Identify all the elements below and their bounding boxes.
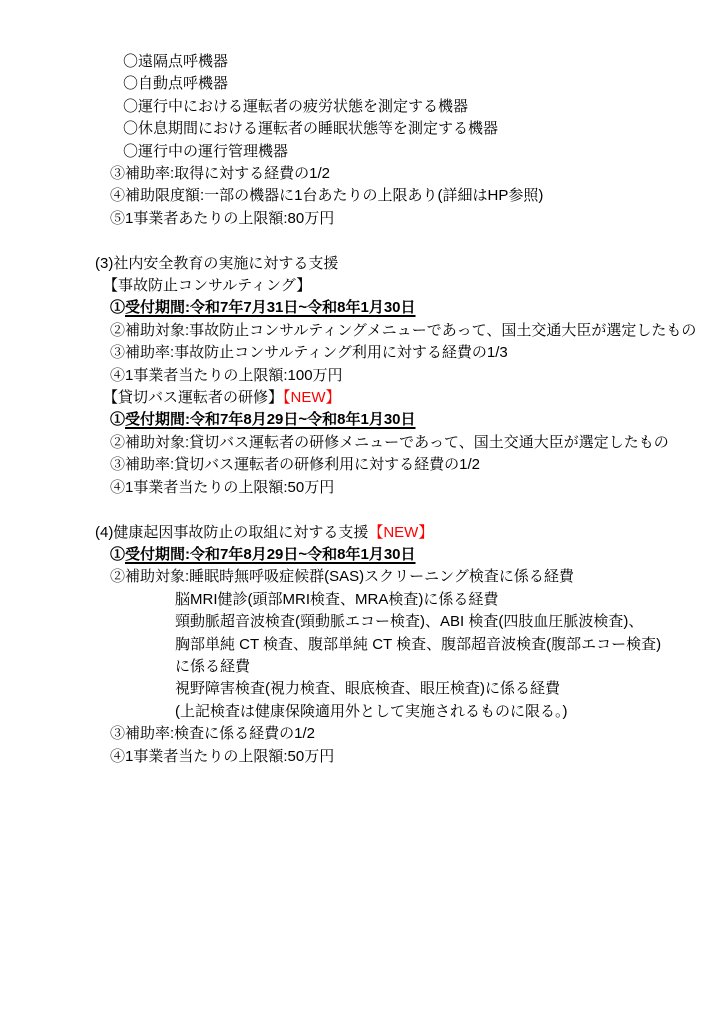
document-line: 〇運行中における運転者の疲労状態を測定する機器: [0, 96, 724, 118]
text-segment: 〇休息期間における運転者の睡眠状態等を測定する機器: [123, 120, 498, 137]
text-segment: 受付期間:令和7年8月29日~令和8年1月30日: [125, 411, 416, 428]
text-segment: 〇遠隔点呼機器: [123, 53, 228, 70]
text-segment: ③補助率:取得に対する経費の1/2: [110, 165, 330, 182]
text-segment: ①: [110, 411, 125, 428]
document-line: 〇自動点呼機器: [0, 73, 724, 95]
document-line: 視野障害検査(視力検査、眼底検査、眼圧検査)に係る経費: [0, 678, 724, 700]
text-segment: (上記検査は健康保険適用外として実施されるものに限る。): [175, 703, 568, 720]
document-line: 脳MRI健診(頭部MRI検査、MRA検査)に係る経費: [0, 589, 724, 611]
text-segment: ③補助率:検査に係る経費の1/2: [110, 725, 315, 742]
document-line: ①受付期間:令和7年7月31日~令和8年1月30日: [0, 297, 724, 319]
text-segment: (3)社内安全教育の実施に対する支援: [95, 255, 338, 272]
document-line: 〇休息期間における運転者の睡眠状態等を測定する機器: [0, 118, 724, 140]
document-line: ③補助率:事故防止コンサルティング利用に対する経費の1/3: [0, 342, 724, 364]
text-segment: ②補助対象:貸切バス運転者の研修メニューであって、国土交通大臣が選定したもの: [110, 434, 669, 451]
text-segment: ①: [110, 546, 125, 563]
document-line: ②補助対象:事故防止コンサルティングメニューであって、国土交通大臣が選定したもの: [0, 320, 724, 342]
text-segment: 脳MRI健診(頭部MRI検査、MRA検査)に係る経費: [175, 591, 498, 608]
text-segment: ①: [110, 299, 125, 316]
document-line: 胸部単純 CT 検査、腹部単純 CT 検査、腹部超音波検査(腹部エコー検査): [0, 634, 724, 656]
document-line: ④1事業者当たりの上限額:50万円: [0, 477, 724, 499]
text-segment: ②補助対象:事故防止コンサルティングメニューであって、国土交通大臣が選定したもの: [110, 322, 696, 339]
text-segment: ④1事業者当たりの上限額:50万円: [110, 479, 334, 496]
text-segment: 【事故防止コンサルティング】: [103, 277, 311, 294]
document-line: ②補助対象:睡眠時無呼吸症候群(SAS)スクリーニング検査に係る経費: [0, 566, 724, 588]
text-segment: 視野障害検査(視力検査、眼底検査、眼圧検査)に係る経費: [175, 680, 560, 697]
document-line: ①受付期間:令和7年8月29日~令和8年1月30日: [0, 544, 724, 566]
document-line: ③補助率:検査に係る経費の1/2: [0, 723, 724, 745]
text-segment: 【NEW】: [368, 524, 433, 541]
text-segment: ⑤1事業者あたりの上限額:80万円: [110, 210, 334, 227]
document-line: ③補助率:貸切バス運転者の研修利用に対する経費の1/2: [0, 454, 724, 476]
text-segment: ④1事業者当たりの上限額:100万円: [110, 367, 343, 384]
text-segment: 受付期間:令和7年7月31日~令和8年1月30日: [125, 299, 416, 316]
text-segment: 〇自動点呼機器: [123, 75, 228, 92]
text-segment: ④補助限度額:一部の機器に1台あたりの上限あり(詳細はHP参照): [110, 187, 543, 204]
document-line: ②補助対象:貸切バス運転者の研修メニューであって、国土交通大臣が選定したもの: [0, 432, 724, 454]
document-page: 〇遠隔点呼機器〇自動点呼機器〇運行中における運転者の疲労状態を測定する機器〇休息…: [0, 0, 724, 1024]
text-segment: (4)健康起因事故防止の取組に対する支援: [95, 524, 368, 541]
document-line: ③補助率:取得に対する経費の1/2: [0, 163, 724, 185]
text-segment: 〇運行中の運行管理機器: [123, 143, 288, 160]
document-line: に係る経費: [0, 656, 724, 678]
text-segment: ②補助対象:睡眠時無呼吸症候群(SAS)スクリーニング検査に係る経費: [110, 568, 574, 585]
document-line: 〇運行中の運行管理機器: [0, 141, 724, 163]
text-segment: ③補助率:事故防止コンサルティング利用に対する経費の1/3: [110, 344, 508, 361]
text-segment: 受付期間:令和7年8月29日~令和8年1月30日: [125, 546, 416, 563]
document-line: ⑤1事業者あたりの上限額:80万円: [0, 208, 724, 230]
document-line: ④1事業者当たりの上限額:100万円: [0, 365, 724, 387]
document-line: 頸動脈超音波検査(頸動脈エコー検査)、ABI 検査(四肢血圧脈波検査)、: [0, 611, 724, 633]
text-segment: 胸部単純 CT 検査、腹部単純 CT 検査、腹部超音波検査(腹部エコー検査): [175, 636, 661, 653]
blank-line: [0, 230, 724, 252]
text-segment: 【貸切バス運転者の研修】: [103, 389, 283, 406]
document-line: 〇遠隔点呼機器: [0, 51, 724, 73]
document-body: 〇遠隔点呼機器〇自動点呼機器〇運行中における運転者の疲労状態を測定する機器〇休息…: [0, 0, 724, 768]
blank-line: [0, 499, 724, 521]
document-line: (4)健康起因事故防止の取組に対する支援【NEW】: [0, 522, 724, 544]
document-line: 【貸切バス運転者の研修】【NEW】: [0, 387, 724, 409]
text-segment: 〇運行中における運転者の疲労状態を測定する機器: [123, 98, 468, 115]
text-segment: 【NEW】: [283, 389, 341, 406]
document-line: (3)社内安全教育の実施に対する支援: [0, 253, 724, 275]
text-segment: 頸動脈超音波検査(頸動脈エコー検査)、ABI 検査(四肢血圧脈波検査)、: [175, 613, 643, 630]
text-segment: ④1事業者当たりの上限額:50万円: [110, 748, 334, 765]
document-line: ④補助限度額:一部の機器に1台あたりの上限あり(詳細はHP参照): [0, 185, 724, 207]
document-line: (上記検査は健康保険適用外として実施されるものに限る。): [0, 701, 724, 723]
text-segment: に係る経費: [175, 658, 250, 675]
document-line: 【事故防止コンサルティング】: [0, 275, 724, 297]
document-line: ①受付期間:令和7年8月29日~令和8年1月30日: [0, 409, 724, 431]
text-segment: ③補助率:貸切バス運転者の研修利用に対する経費の1/2: [110, 456, 480, 473]
document-line: ④1事業者当たりの上限額:50万円: [0, 746, 724, 768]
